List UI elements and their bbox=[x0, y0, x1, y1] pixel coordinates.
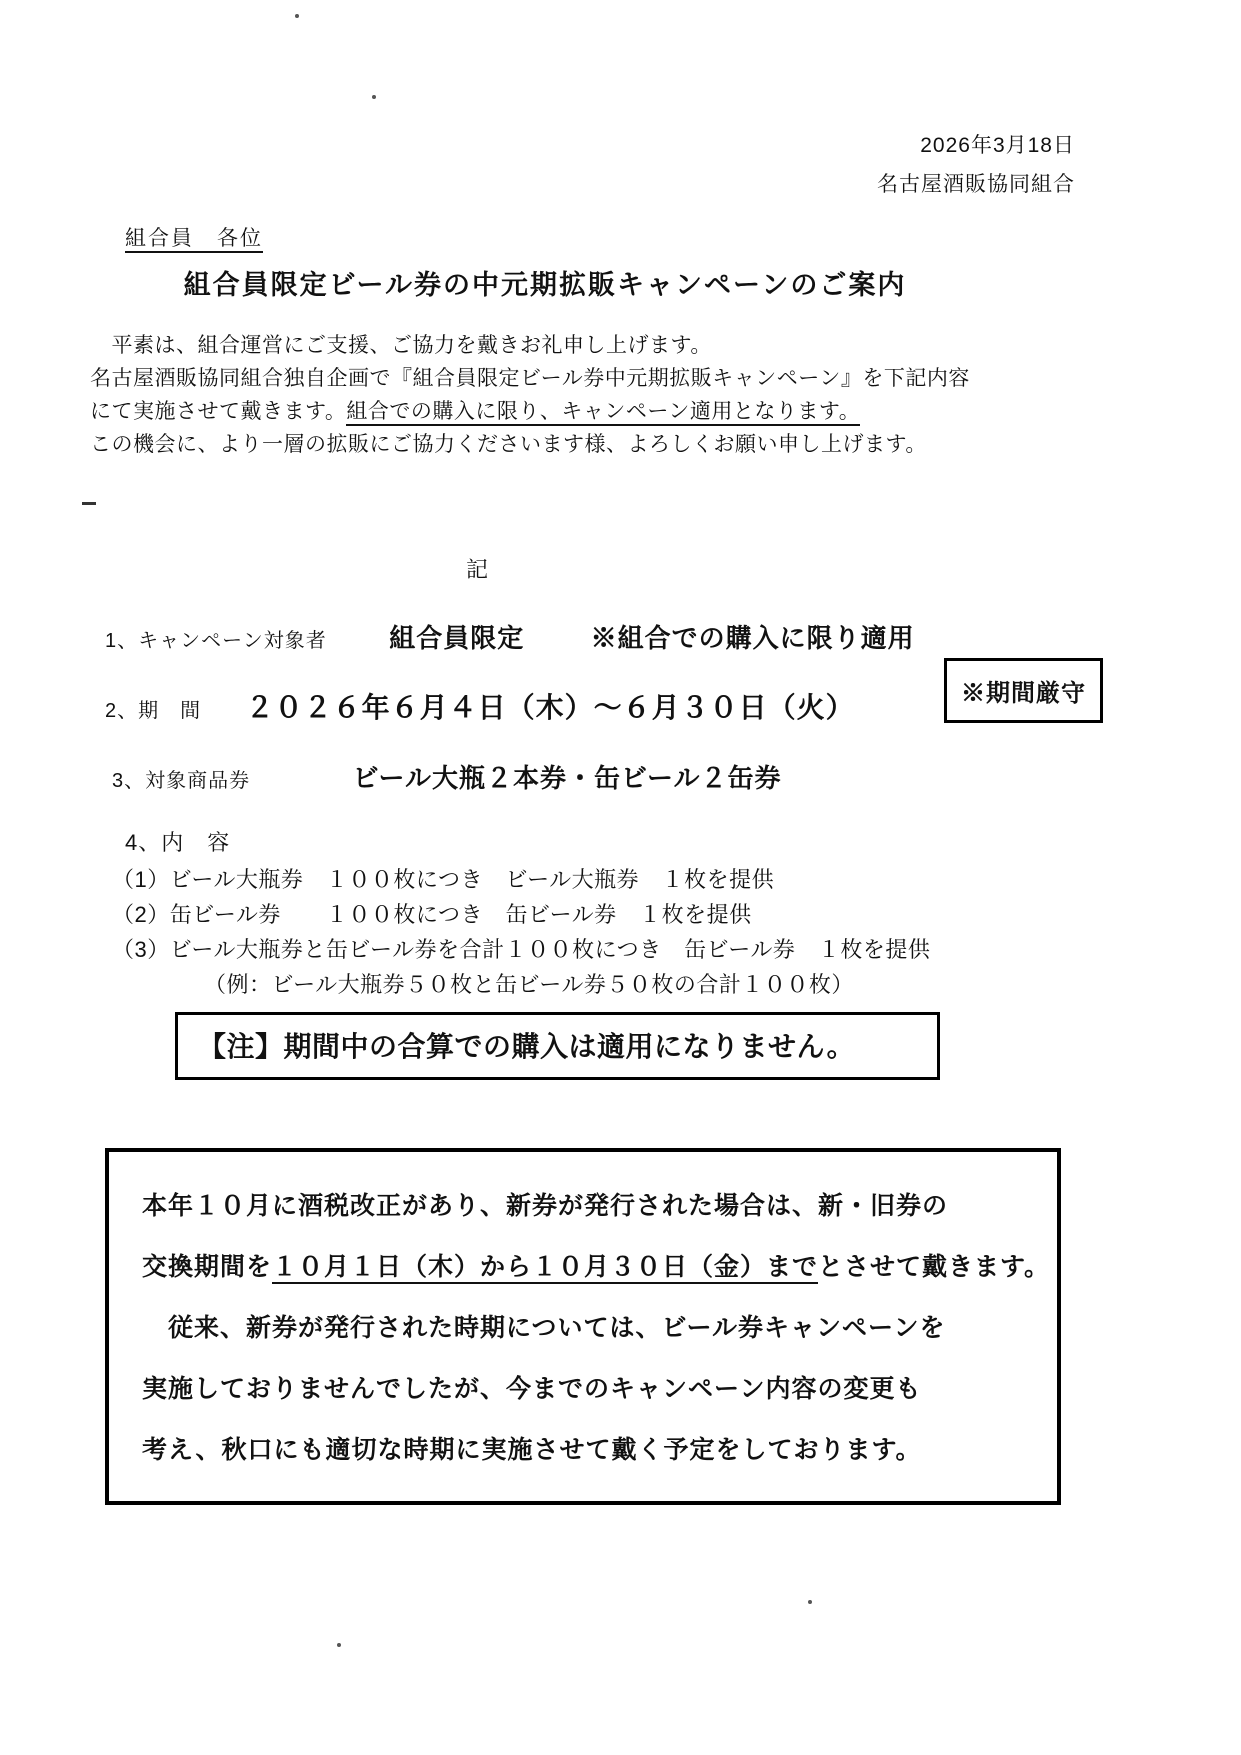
notice-line-2-pre: 交換期間を bbox=[142, 1253, 272, 1281]
document-date: 2026年3月18日 bbox=[877, 126, 1075, 165]
campaign-target-value: 組合員限定 bbox=[389, 623, 524, 653]
ki-marker: 記 bbox=[466, 553, 488, 584]
intro-paragraph: 平素は、組合運営にご支援、ご協力を戴きお礼申し上げます。 名古屋酒販協同組合独自… bbox=[90, 329, 1190, 461]
contents-heading: 4、内 容 bbox=[125, 826, 230, 857]
contents-detail-list: （1）ビール大瓶券 １００枚につき ビール大瓶券 １枚を提供 （2）缶ビール券 … bbox=[112, 862, 930, 1002]
document-title: 組合員限定ビール券の中元期拡販キャンペーンのご案内 bbox=[0, 263, 1090, 302]
sender-name: 名古屋酒販協同組合 bbox=[877, 165, 1075, 204]
campaign-target-label: 1、キャンペーン対象者 bbox=[105, 630, 327, 652]
strict-period-box: ※期間厳守 bbox=[944, 658, 1103, 723]
contents-heading-label: 4、内 容 bbox=[125, 830, 230, 855]
notice-line-4: 実施しておりませんでしたが、今までのキャンペーン内容の変更も bbox=[142, 1359, 1029, 1420]
detail-example-line: （例：ビール大瓶券５０枚と缶ビール券５０枚の合計１００枚） bbox=[112, 967, 930, 1002]
scan-artifact-dot bbox=[337, 1643, 341, 1647]
tax-revision-notice-box: 本年１０月に酒税改正があり、新券が発行された場合は、新・旧券の 交換期間を１０月… bbox=[105, 1148, 1061, 1505]
target-ticket-label: 3、対象商品券 bbox=[112, 770, 250, 792]
target-ticket-row: 3、対象商品券 ビール大瓶２本券・缶ビール２缶券 bbox=[112, 758, 781, 795]
detail-line-3: （3）ビール大瓶券と缶ビール券を合計１００枚につき 缶ビール券 １枚を提供 bbox=[112, 932, 930, 967]
target-ticket-value: ビール大瓶２本券・缶ビール２缶券 bbox=[353, 763, 782, 793]
scan-artifact-dot bbox=[295, 14, 299, 18]
notice-line-2-post: とさせて戴きます。 bbox=[818, 1253, 1050, 1281]
document-header: 2026年3月18日 名古屋酒販協同組合 bbox=[877, 126, 1075, 204]
detail-line-1: （1）ビール大瓶券 １００枚につき ビール大瓶券 １枚を提供 bbox=[112, 862, 930, 897]
intro-line-2: 名古屋酒販協同組合独自企画で『組合員限定ビール券中元期拡販キャンペーン』を下記内… bbox=[90, 362, 1190, 395]
scan-artifact-dot bbox=[808, 1600, 812, 1604]
caution-box: 【注】期間中の合算での購入は適用になりません。 bbox=[175, 1012, 940, 1080]
notice-line-2: 交換期間を１０月１日（木）から１０月３０日（金）までとさせて戴きます。 bbox=[142, 1237, 1029, 1298]
intro-line-3-underlined: 組合での購入に限り、キャンペーン適用となります。 bbox=[346, 400, 860, 426]
intro-line-3: にて実施させて戴きます。組合での購入に限り、キャンペーン適用となります。 bbox=[90, 395, 1190, 428]
campaign-target-note: ※組合での購入に限り適用 bbox=[591, 623, 915, 653]
intro-line-1: 平素は、組合運営にご支援、ご協力を戴きお礼申し上げます。 bbox=[90, 329, 1190, 362]
document-page: 2026年3月18日 名古屋酒販協同組合 組合員 各位 組合員限定ビール券の中元… bbox=[0, 0, 1241, 1755]
period-value: ２０２６年６月４日（木）～６月３０日（火） bbox=[246, 692, 855, 723]
scan-artifact-dash bbox=[82, 502, 96, 505]
addressee: 組合員 各位 bbox=[125, 222, 263, 252]
notice-line-3: 従来、新券が発行された時期については、ビール券キャンペーンを bbox=[142, 1298, 1029, 1359]
intro-line-4: この機会に、より一層の拡販にご協力くださいます様、よろしくお願い申し上げます。 bbox=[90, 428, 1190, 461]
period-row: 2、期 間 ２０２６年６月４日（木）～６月３０日（火） bbox=[105, 686, 855, 726]
notice-line-2-underlined: １０月１日（木）から１０月３０日（金）まで bbox=[272, 1253, 818, 1284]
campaign-target-row: 1、キャンペーン対象者 組合員限定 ※組合での購入に限り適用 bbox=[105, 618, 915, 655]
intro-line-3-text: にて実施させて戴きます。 bbox=[90, 400, 346, 423]
period-label: 2、期 間 bbox=[105, 700, 201, 722]
detail-line-2: （2）缶ビール券 １００枚につき 缶ビール券 １枚を提供 bbox=[112, 897, 930, 932]
addressee-text: 組合員 各位 bbox=[125, 227, 263, 253]
notice-line-5: 考え、秋口にも適切な時期に実施させて戴く予定をしております。 bbox=[142, 1420, 1029, 1481]
notice-line-1: 本年１０月に酒税改正があり、新券が発行された場合は、新・旧券の bbox=[142, 1176, 1029, 1237]
scan-artifact-dot bbox=[372, 95, 376, 99]
